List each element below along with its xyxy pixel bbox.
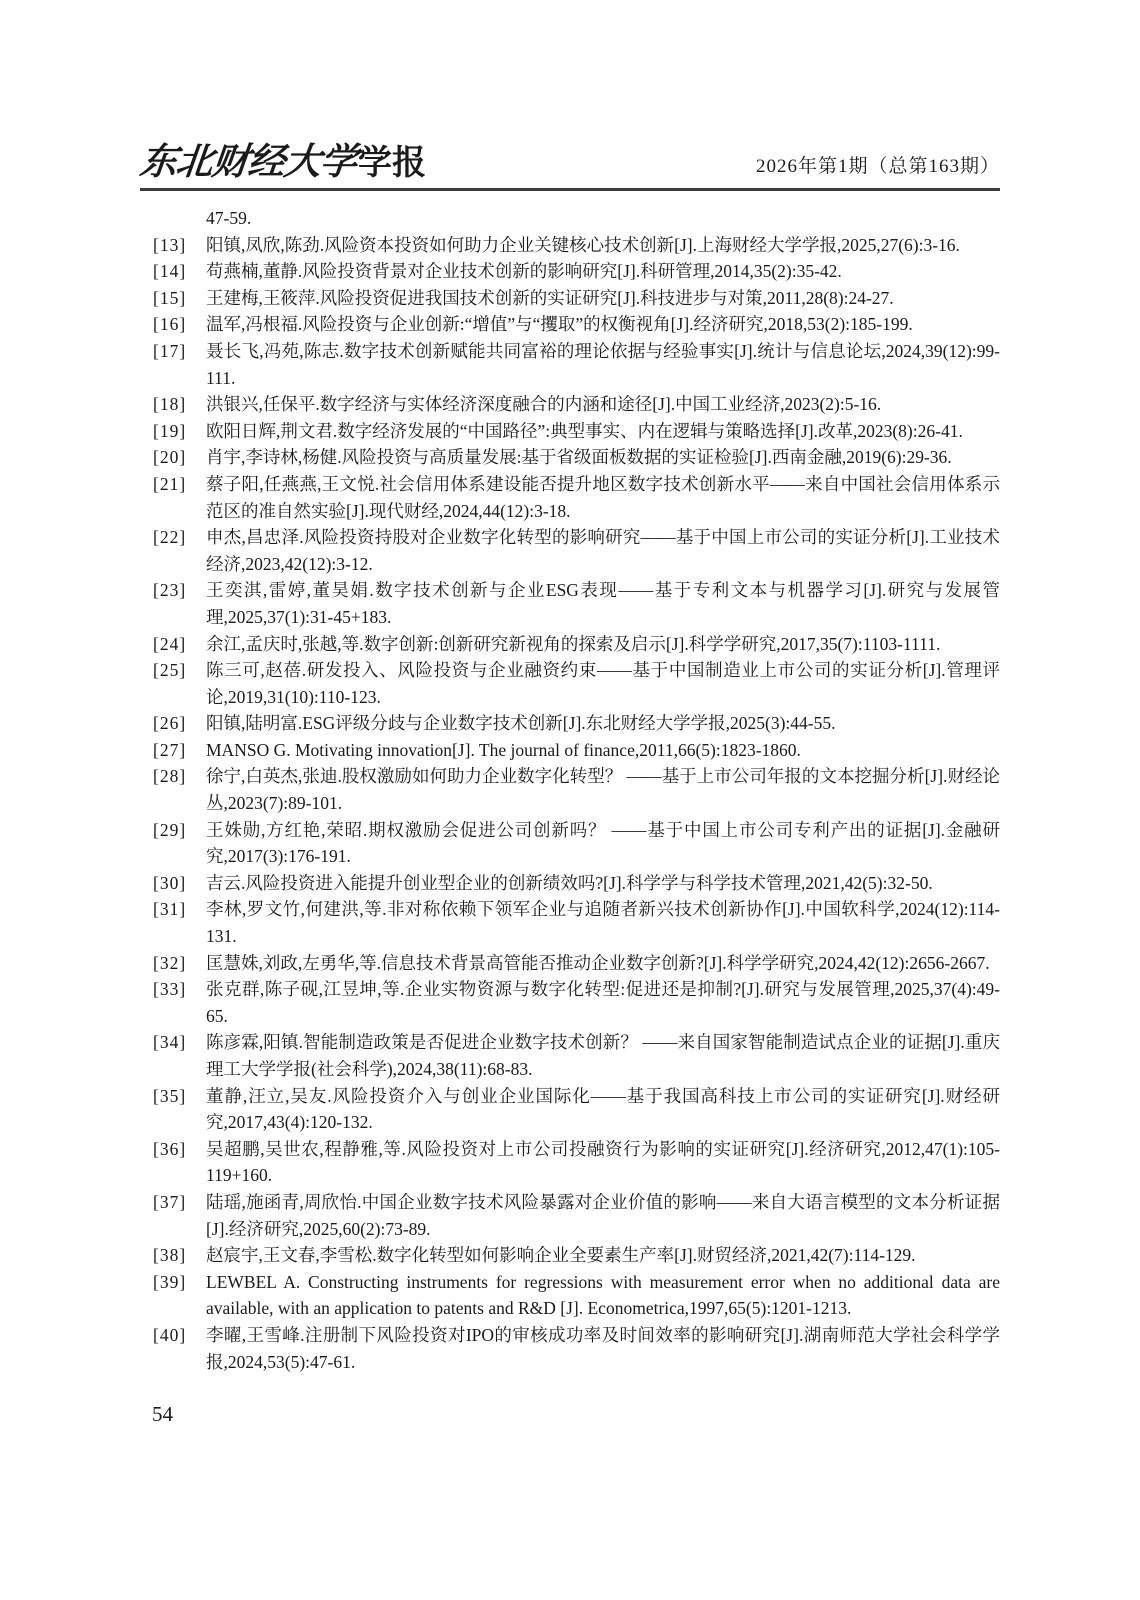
reference-text: 陈彦霖,阳镇.智能制造政策是否促进企业数字技术创新？ ——来自国家智能制造试点企… bbox=[206, 1032, 1000, 1079]
reference-item: [34] 陈彦霖,阳镇.智能制造政策是否促进企业数字技术创新？ ——来自国家智能… bbox=[140, 1029, 1000, 1082]
reference-number: [35] bbox=[153, 1083, 186, 1110]
reference-item: [14] 苟燕楠,董静.风险投资背景对企业技术创新的影响研究[J].科研管理,2… bbox=[140, 258, 1000, 285]
reference-list: 47-59. [13] 阳镇,凤欣,陈劲.风险资本投资如何助力企业关键核心技术创… bbox=[140, 205, 1000, 1375]
page-number: 54 bbox=[152, 1402, 173, 1426]
reference-text: 苟燕楠,董静.风险投资背景对企业技术创新的影响研究[J].科研管理,2014,3… bbox=[206, 261, 842, 281]
reference-text: 李林,罗文竹,何建洪,等.非对称依赖下领军企业与追随者新兴技术创新协作[J].中… bbox=[206, 899, 1000, 946]
reference-text: MANSO G. Motivating innovation[J]. The j… bbox=[206, 740, 801, 760]
journal-logo-calligraphy: 东北财经大学 bbox=[138, 144, 358, 181]
reference-item: [26] 阳镇,陆明富.ESG评级分歧与企业数字技术创新[J].东北财经大学学报… bbox=[140, 710, 1000, 737]
reference-item: [23] 王奕淇,雷婷,董昊娟.数字技术创新与企业ESG表现——基于专利文本与机… bbox=[140, 577, 1000, 630]
reference-number: [26] bbox=[153, 710, 186, 737]
reference-text: 王姝勋,方红艳,荣昭.期权激励会促进公司创新吗？ ——基于中国上市公司专利产出的… bbox=[206, 820, 1000, 867]
reference-item: 47-59. bbox=[140, 205, 1000, 232]
reference-item: [29] 王姝勋,方红艳,荣昭.期权激励会促进公司创新吗？ ——基于中国上市公司… bbox=[140, 817, 1000, 870]
reference-item: [32] 匡慧姝,刘政,左勇华,等.信息技术背景高管能否推动企业数字创新?[J]… bbox=[140, 950, 1000, 977]
reference-text: 匡慧姝,刘政,左勇华,等.信息技术背景高管能否推动企业数字创新?[J].科学学研… bbox=[206, 953, 990, 973]
reference-number: [33] bbox=[153, 976, 186, 1003]
reference-item: [38] 赵宸宇,王文春,李雪松.数字化转型如何影响企业全要素生产率[J].财贸… bbox=[140, 1242, 1000, 1269]
reference-number: [40] bbox=[153, 1322, 186, 1349]
page-footer: 54 bbox=[152, 1402, 173, 1427]
reference-text: 吴超鹏,吴世农,程静雅,等.风险投资对上市公司投融资行为影响的实证研究[J].经… bbox=[206, 1139, 1000, 1186]
reference-number: [25] bbox=[153, 657, 186, 684]
reference-text: 欧阳日辉,荆文君.数字经济发展的“中国路径”:典型事实、内在逻辑与策略选择[J]… bbox=[206, 421, 963, 441]
reference-text: 余江,孟庆时,张越,等.数字创新:创新研究新视角的探索及启示[J].科学学研究,… bbox=[206, 634, 940, 654]
reference-number: [18] bbox=[153, 391, 186, 418]
reference-item: [21] 蔡子阳,任燕燕,王文悦.社会信用体系建设能否提升地区数字技术创新水平—… bbox=[140, 471, 1000, 524]
journal-logo-suffix: 学报 bbox=[358, 147, 426, 181]
reference-text: LEWBEL A. Constructing instruments for r… bbox=[206, 1272, 1000, 1319]
reference-item: [20] 肖宇,李诗林,杨健.风险投资与高质量发展:基于省级面板数据的实证检验[… bbox=[140, 444, 1000, 471]
reference-number: [29] bbox=[153, 817, 186, 844]
reference-item: [27] MANSO G. Motivating innovation[J]. … bbox=[140, 737, 1000, 764]
reference-number: [34] bbox=[153, 1029, 186, 1056]
reference-text: 徐宁,白英杰,张迪.股权激励如何助力企业数字化转型？ ——基于上市公司年报的文本… bbox=[206, 766, 1000, 813]
reference-text: 董静,汪立,吴友.风险投资介入与创业企业国际化——基于我国高科技上市公司的实证研… bbox=[206, 1086, 1000, 1133]
reference-text: 陈三可,赵蓓.研发投入、风险投资与企业融资约束——基于中国制造业上市公司的实证分… bbox=[206, 660, 1000, 707]
reference-item: [25] 陈三可,赵蓓.研发投入、风险投资与企业融资约束——基于中国制造业上市公… bbox=[140, 657, 1000, 710]
page-header: 东北财经大学学报 2026年第1期（总第163期） bbox=[140, 144, 1000, 191]
reference-text: 阳镇,陆明富.ESG评级分歧与企业数字技术创新[J].东北财经大学学报,2025… bbox=[206, 713, 836, 733]
reference-number: [13] bbox=[153, 232, 186, 259]
reference-number: [14] bbox=[153, 258, 186, 285]
reference-item: [16] 温军,冯根福.风险投资与企业创新:“增值”与“攫取”的权衡视角[J].… bbox=[140, 311, 1000, 338]
reference-text: 聂长飞,冯苑,陈志.数字技术创新赋能共同富裕的理论依据与经验事实[J].统计与信… bbox=[206, 341, 1000, 388]
reference-number: [22] bbox=[153, 524, 186, 551]
reference-text: 温军,冯根福.风险投资与企业创新:“增值”与“攫取”的权衡视角[J].经济研究,… bbox=[206, 314, 913, 334]
reference-text: 李曜,王雪峰.注册制下风险投资对IPO的审核成功率及时间效率的影响研究[J].湖… bbox=[206, 1325, 1000, 1372]
reference-item: [33] 张克群,陈子砚,江昱坤,等.企业实物资源与数字化转型:促进还是抑制?[… bbox=[140, 976, 1000, 1029]
reference-text: 47-59. bbox=[206, 208, 251, 228]
header-rule bbox=[140, 188, 1000, 191]
reference-text: 张克群,陈子砚,江昱坤,等.企业实物资源与数字化转型:促进还是抑制?[J].研究… bbox=[206, 979, 1000, 1026]
reference-item: [24] 余江,孟庆时,张越,等.数字创新:创新研究新视角的探索及启示[J].科… bbox=[140, 631, 1000, 658]
reference-number: [32] bbox=[153, 950, 186, 977]
issue-info: 2026年第1期（总第163期） bbox=[756, 151, 1000, 181]
reference-number: [36] bbox=[153, 1136, 186, 1163]
reference-item: [13] 阳镇,凤欣,陈劲.风险资本投资如何助力企业关键核心技术创新[J].上海… bbox=[140, 232, 1000, 259]
reference-text: 陆瑶,施函青,周欣怡.中国企业数字技术风险暴露对企业价值的影响——来自大语言模型… bbox=[206, 1192, 1000, 1239]
reference-text: 申杰,昌忠泽.风险投资持股对企业数字化转型的影响研究——基于中国上市公司的实证分… bbox=[206, 527, 1000, 574]
reference-text: 王奕淇,雷婷,董昊娟.数字技术创新与企业ESG表现——基于专利文本与机器学习[J… bbox=[206, 580, 1000, 627]
reference-item: [15] 王建梅,王筱萍.风险投资促进我国技术创新的实证研究[J].科技进步与对… bbox=[140, 285, 1000, 312]
reference-number: [31] bbox=[153, 896, 186, 923]
reference-item: [28] 徐宁,白英杰,张迪.股权激励如何助力企业数字化转型？ ——基于上市公司… bbox=[140, 763, 1000, 816]
reference-number: [21] bbox=[153, 471, 186, 498]
reference-item: [37] 陆瑶,施函青,周欣怡.中国企业数字技术风险暴露对企业价值的影响——来自… bbox=[140, 1189, 1000, 1242]
reference-number: [23] bbox=[153, 577, 186, 604]
reference-number: [30] bbox=[153, 870, 186, 897]
reference-text: 阳镇,凤欣,陈劲.风险资本投资如何助力企业关键核心技术创新[J].上海财经大学学… bbox=[206, 235, 960, 255]
reference-item: [17] 聂长飞,冯苑,陈志.数字技术创新赋能共同富裕的理论依据与经验事实[J]… bbox=[140, 338, 1000, 391]
reference-item: [31] 李林,罗文竹,何建洪,等.非对称依赖下领军企业与追随者新兴技术创新协作… bbox=[140, 896, 1000, 949]
reference-number: [19] bbox=[153, 418, 186, 445]
reference-number: [15] bbox=[153, 285, 186, 312]
reference-number: [24] bbox=[153, 631, 186, 658]
reference-item: [39] LEWBEL A. Constructing instruments … bbox=[140, 1269, 1000, 1322]
reference-number: [20] bbox=[153, 444, 186, 471]
reference-item: [36] 吴超鹏,吴世农,程静雅,等.风险投资对上市公司投融资行为影响的实证研究… bbox=[140, 1136, 1000, 1189]
reference-number: [27] bbox=[153, 737, 186, 764]
journal-page: 东北财经大学学报 2026年第1期（总第163期） 47-59. [13] 阳镇… bbox=[0, 0, 1140, 1600]
reference-text: 蔡子阳,任燕燕,王文悦.社会信用体系建设能否提升地区数字技术创新水平——来自中国… bbox=[206, 474, 1000, 521]
reference-item: [18] 洪银兴,任保平.数字经济与实体经济深度融合的内涵和途径[J].中国工业… bbox=[140, 391, 1000, 418]
reference-item: [30] 吉云.风险投资进入能提升创业型企业的创新绩效吗?[J].科学学与科学技… bbox=[140, 870, 1000, 897]
reference-number: [39] bbox=[153, 1269, 186, 1296]
journal-logo: 东北财经大学学报 bbox=[140, 144, 426, 181]
reference-item: [19] 欧阳日辉,荆文君.数字经济发展的“中国路径”:典型事实、内在逻辑与策略… bbox=[140, 418, 1000, 445]
reference-text: 肖宇,李诗林,杨健.风险投资与高质量发展:基于省级面板数据的实证检验[J].西南… bbox=[206, 447, 952, 467]
reference-item: [22] 申杰,昌忠泽.风险投资持股对企业数字化转型的影响研究——基于中国上市公… bbox=[140, 524, 1000, 577]
reference-number: [17] bbox=[153, 338, 186, 365]
reference-number: [38] bbox=[153, 1242, 186, 1269]
reference-number: [16] bbox=[153, 311, 186, 338]
reference-number: [37] bbox=[153, 1189, 186, 1216]
reference-item: [40] 李曜,王雪峰.注册制下风险投资对IPO的审核成功率及时间效率的影响研究… bbox=[140, 1322, 1000, 1375]
reference-text: 洪银兴,任保平.数字经济与实体经济深度融合的内涵和途径[J].中国工业经济,20… bbox=[206, 394, 881, 414]
reference-text: 赵宸宇,王文春,李雪松.数字化转型如何影响企业全要素生产率[J].财贸经济,20… bbox=[206, 1245, 916, 1265]
reference-number: [28] bbox=[153, 763, 186, 790]
reference-text: 吉云.风险投资进入能提升创业型企业的创新绩效吗?[J].科学学与科学技术管理,2… bbox=[206, 873, 933, 893]
reference-item: [35] 董静,汪立,吴友.风险投资介入与创业企业国际化——基于我国高科技上市公… bbox=[140, 1083, 1000, 1136]
reference-text: 王建梅,王筱萍.风险投资促进我国技术创新的实证研究[J].科技进步与对策,201… bbox=[206, 288, 894, 308]
